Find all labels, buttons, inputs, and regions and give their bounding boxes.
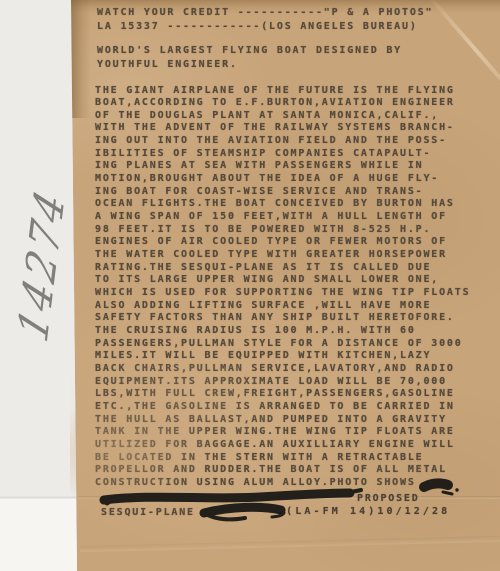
typed-line: THE CRUISING RADIUS IS 100 M.P.H. WITH 6…	[95, 325, 470, 338]
typed-line: BACK CHAIRS,PULLMAN SERVICE,LAVATORY,AND…	[95, 363, 470, 376]
headline-line2: YOUTHFUL ENGINEER.	[97, 59, 238, 72]
typed-line: ING BOAT FOR COAST-WISE SERVICE AND TRAN…	[95, 186, 470, 199]
fold-crease-horizontal	[78, 496, 500, 499]
typed-line: EQUIPMENT.ITS APPROXIMATE LOAD WILL BE 7…	[95, 376, 470, 389]
typed-line: LBS,WITH FULL CREW,FREIGHT,PASSENGERS,GA…	[95, 388, 470, 401]
bureau-line: LA 15337 ------------(LOS ANGELES BUREAU…	[97, 21, 418, 34]
typed-line: TANK IN THE UPPER WING.THE WING TIP FLOA…	[95, 426, 470, 439]
typed-line: MOTION,BROUGHT ABOUT THE IDEA OF A HUGE …	[95, 173, 470, 186]
typed-line: THE HULL AS BALLAST,AND PUMPED INTO A GR…	[95, 414, 470, 427]
typed-line: ING PLANES AT SEA WITH PASSENGERS WHILE …	[95, 160, 470, 173]
paper-torn-edge	[71, 0, 91, 118]
typed-line: UTILIZED FOR BAGGAGE.AN AUXILLIARY ENGIN…	[95, 439, 470, 452]
typed-line: OCEAN FLIGHTS.THE BOAT CONCEIVED BY BURT…	[95, 198, 470, 211]
typed-line: PASSENGERS,PULLMAN STYLE FOR A DISTANCE …	[95, 338, 470, 351]
typed-line: MILES.IT WILL BE EQUIPPED WITH KITCHEN,L…	[95, 350, 470, 363]
typed-line: ALSO ADDING LIFTING SURFACE ,WILL HAVE M…	[95, 300, 470, 313]
typed-line: A WING SPAN OF 150 FEET,WITH A HULL LENG…	[95, 211, 470, 224]
typed-line: ENGINES OF AIR COOLED TYPE OR FEWER MOTO…	[95, 236, 470, 249]
typed-line: BOAT,ACCORDING TO E.F.BURTON,AVIATION EN…	[95, 97, 470, 110]
typed-line: WHICH IS USED FOR SUPPORTING THE WING TI…	[95, 287, 470, 300]
typed-line: OF THE DOUGLAS PLANT AT SANTA MONICA,CAL…	[95, 110, 470, 123]
photo-caption-scan: 14274 WATCH YOUR CREDIT -----------"P & …	[0, 0, 500, 571]
typed-line: PROPELLOR AND RUDDER.THE BOAT IS OF ALL …	[95, 464, 470, 477]
typed-line: BE LOCATED IN THE STERN WITH A RETRACTAB…	[95, 452, 470, 465]
typed-line: 98 FEET.IT IS TO BE POWERED WITH 8-525 H…	[95, 224, 470, 237]
typed-line: IBILITIES OF STEAMSHIP COMPANIES CATAPAU…	[95, 148, 470, 161]
footer-dateline: .(LA-FM 14)10/12/28	[277, 506, 450, 519]
typed-line: WITH THE ADVENT OF THE RAILWAY SYSTEMS B…	[95, 122, 470, 135]
typed-line: ING OUT INTO THE AVIATION FIELD AND THE …	[95, 135, 470, 148]
typed-line: CONSTRUCTION USING ALUM ALLOY.PHOTO SHOW…	[95, 477, 470, 490]
footer-sesqui-plane: SESQUI-PLANE	[101, 507, 195, 520]
typed-line: THE GIANT AIRPLANE OF THE FUTURE IS THE …	[95, 85, 470, 98]
credit-line: WATCH YOUR CREDIT -----------"P & A PHOT…	[97, 7, 433, 20]
typed-line: ETC.,THE GASOLINE IS ARRANGED TO BE CARR…	[95, 401, 470, 414]
headline-line1: WORLD'S LARGEST FLYING BOAT DESIGNED BY	[97, 45, 402, 58]
typed-line: TO ITS LARGE UPPER WING AND SMALL LOWER …	[95, 274, 470, 287]
typed-line: RATING.THE SESQUI-PLANE AS IT IS CALLED …	[95, 262, 470, 275]
proposed-label: PROPOSED	[357, 493, 420, 506]
typed-line: SAFETY FACTORS THAN ANY SHIP BUILT HERET…	[95, 312, 470, 325]
typed-line: THE WATER COOLED TYPE WITH GREATER HORSE…	[95, 249, 470, 262]
typed-body: THE GIANT AIRPLANE OF THE FUTURE IS THE …	[95, 85, 470, 490]
